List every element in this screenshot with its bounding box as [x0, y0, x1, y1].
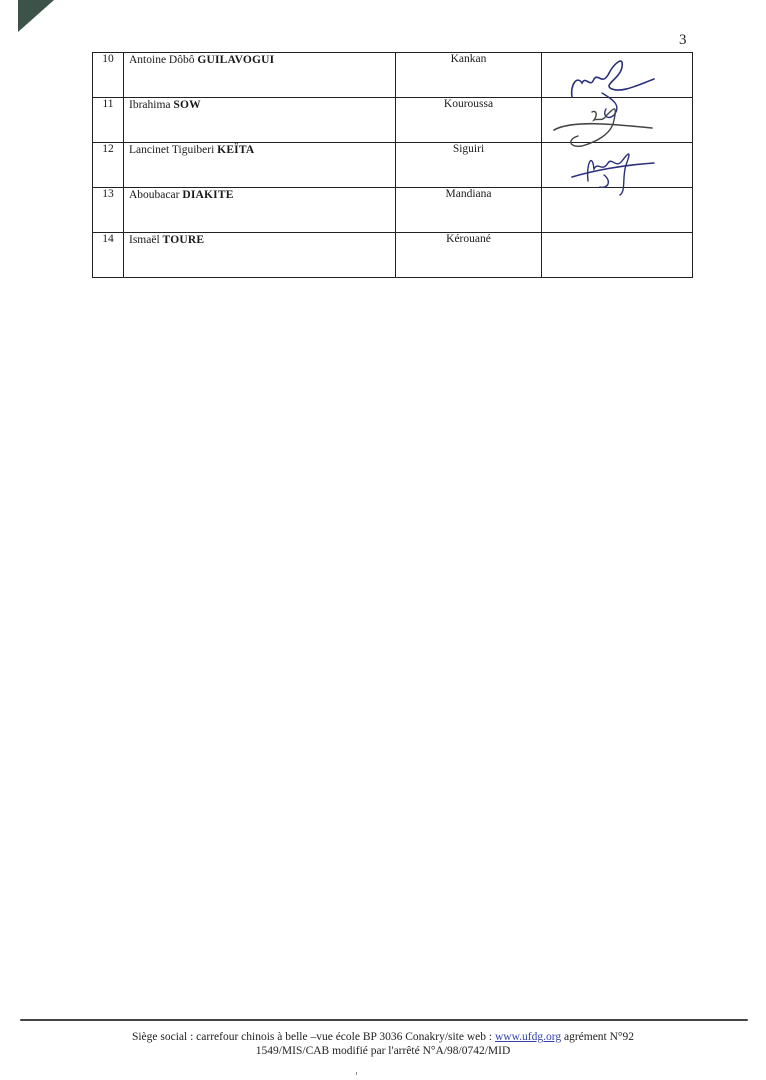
- member-name-cell: Ibrahima SOW: [124, 98, 396, 143]
- first-name: Ismaël: [129, 234, 160, 246]
- row-number: 10: [93, 53, 124, 98]
- location-cell: Siguiri: [396, 143, 542, 188]
- last-name: TOURE: [163, 234, 205, 246]
- row-number: 12: [93, 143, 124, 188]
- member-name-cell: Lancinet Tiguiberi KEÏTA: [124, 143, 396, 188]
- first-name: Aboubacar: [129, 189, 179, 201]
- signature-icon: [542, 225, 692, 285]
- table-row: 14 Ismaël TOURE Kérouané: [93, 233, 693, 278]
- last-name: GUILAVOGUI: [197, 54, 274, 66]
- row-number: 14: [93, 233, 124, 278]
- signature-table: 10 Antoine Dôbô GUILAVOGUI Kankan 11 Ibr…: [92, 52, 693, 278]
- first-name: Ibrahima: [129, 99, 171, 111]
- last-name: KEÏTA: [217, 144, 254, 156]
- footer-agreement: agrément N°92: [561, 1031, 634, 1043]
- corner-fold-mark: [18, 0, 54, 32]
- signature-cell: [542, 233, 693, 278]
- last-name: SOW: [173, 99, 200, 111]
- member-name-cell: Aboubacar DIAKITE: [124, 188, 396, 233]
- location-cell: Kankan: [396, 53, 542, 98]
- scan-speck: [356, 1072, 357, 1075]
- last-name: DIAKITE: [182, 189, 233, 201]
- footer-line-2: 1549/MIS/CAB modifié par l'arrêté N°A/98…: [0, 1044, 766, 1058]
- footer-address: Siège social : carrefour chinois à belle…: [132, 1031, 495, 1043]
- footer-divider: [20, 1019, 748, 1021]
- row-number: 11: [93, 98, 124, 143]
- website-link[interactable]: www.ufdg.org: [495, 1031, 561, 1043]
- footer: Siège social : carrefour chinois à belle…: [0, 1030, 766, 1058]
- location-cell: Kérouané: [396, 233, 542, 278]
- location-cell: Kouroussa: [396, 98, 542, 143]
- member-name-cell: Antoine Dôbô GUILAVOGUI: [124, 53, 396, 98]
- footer-line-1: Siège social : carrefour chinois à belle…: [0, 1030, 766, 1044]
- location-cell: Mandiana: [396, 188, 542, 233]
- first-name: Lancinet Tiguiberi: [129, 144, 214, 156]
- member-name-cell: Ismaël TOURE: [124, 233, 396, 278]
- row-number: 13: [93, 188, 124, 233]
- first-name: Antoine Dôbô: [129, 54, 194, 66]
